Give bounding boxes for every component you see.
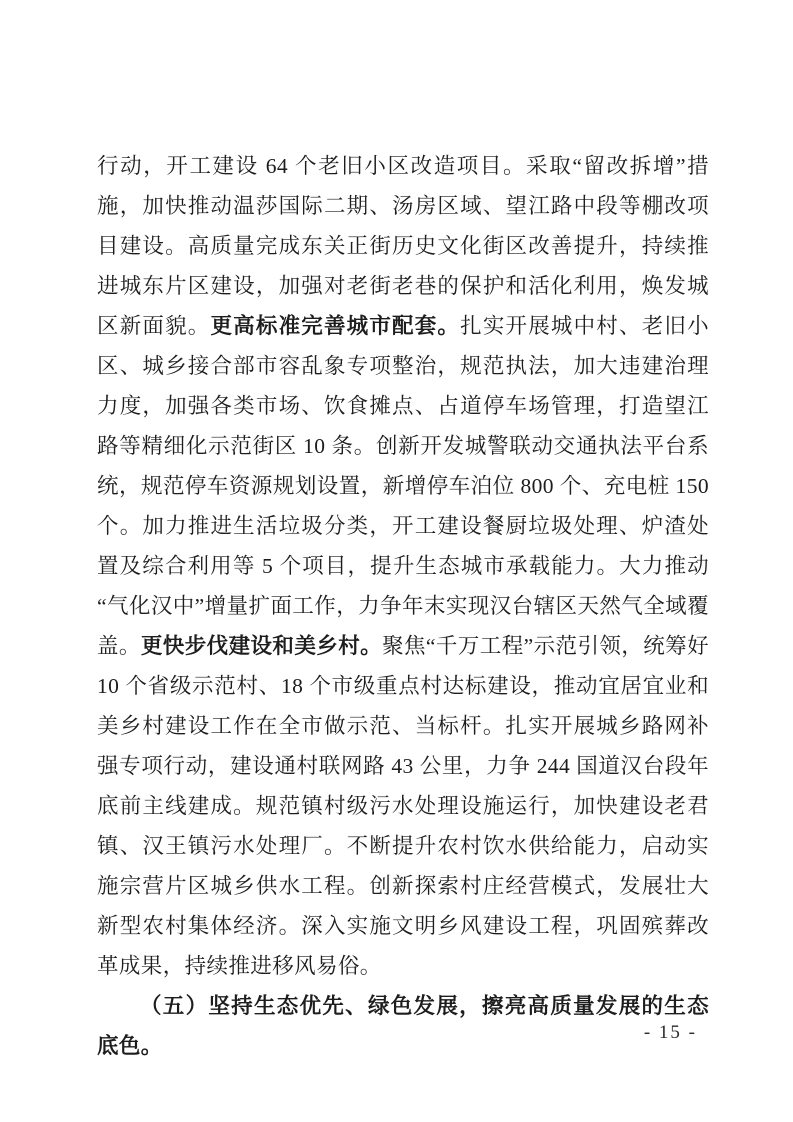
paragraph-text-urban-renewal: 行动，开工建设 64 个老旧小区改造项目。采取“留改拆增”措施，加快推动温莎国际…: [97, 154, 709, 338]
paragraph-text-city-management: 扎实开展城中村、老旧小区、城乡接合部市容乱象专项整治，规范执法，加大违建治理力度…: [97, 314, 709, 658]
paragraph-text-rural-development: 聚焦“千万工程”示范引领，统筹好 10 个省级示范村、18 个市级重点村达标建设…: [97, 634, 709, 978]
document-page: 行动，开工建设 64 个老旧小区改造项目。采取“留改拆增”措施，加快推动温莎国际…: [0, 0, 793, 1122]
page-number: - 15 -: [0, 1022, 697, 1044]
body-paragraph: 行动，开工建设 64 个老旧小区改造项目。采取“留改拆增”措施，加快推动温莎国际…: [97, 146, 709, 986]
page-content: 行动，开工建设 64 个老旧小区改造项目。采取“留改拆增”措施，加快推动温莎国际…: [97, 146, 709, 1066]
bold-subheading-rural-construction: 更快步伐建设和美乡村。: [141, 634, 382, 658]
bold-subheading-city-amenities: 更高标准完善城市配套。: [210, 314, 460, 338]
